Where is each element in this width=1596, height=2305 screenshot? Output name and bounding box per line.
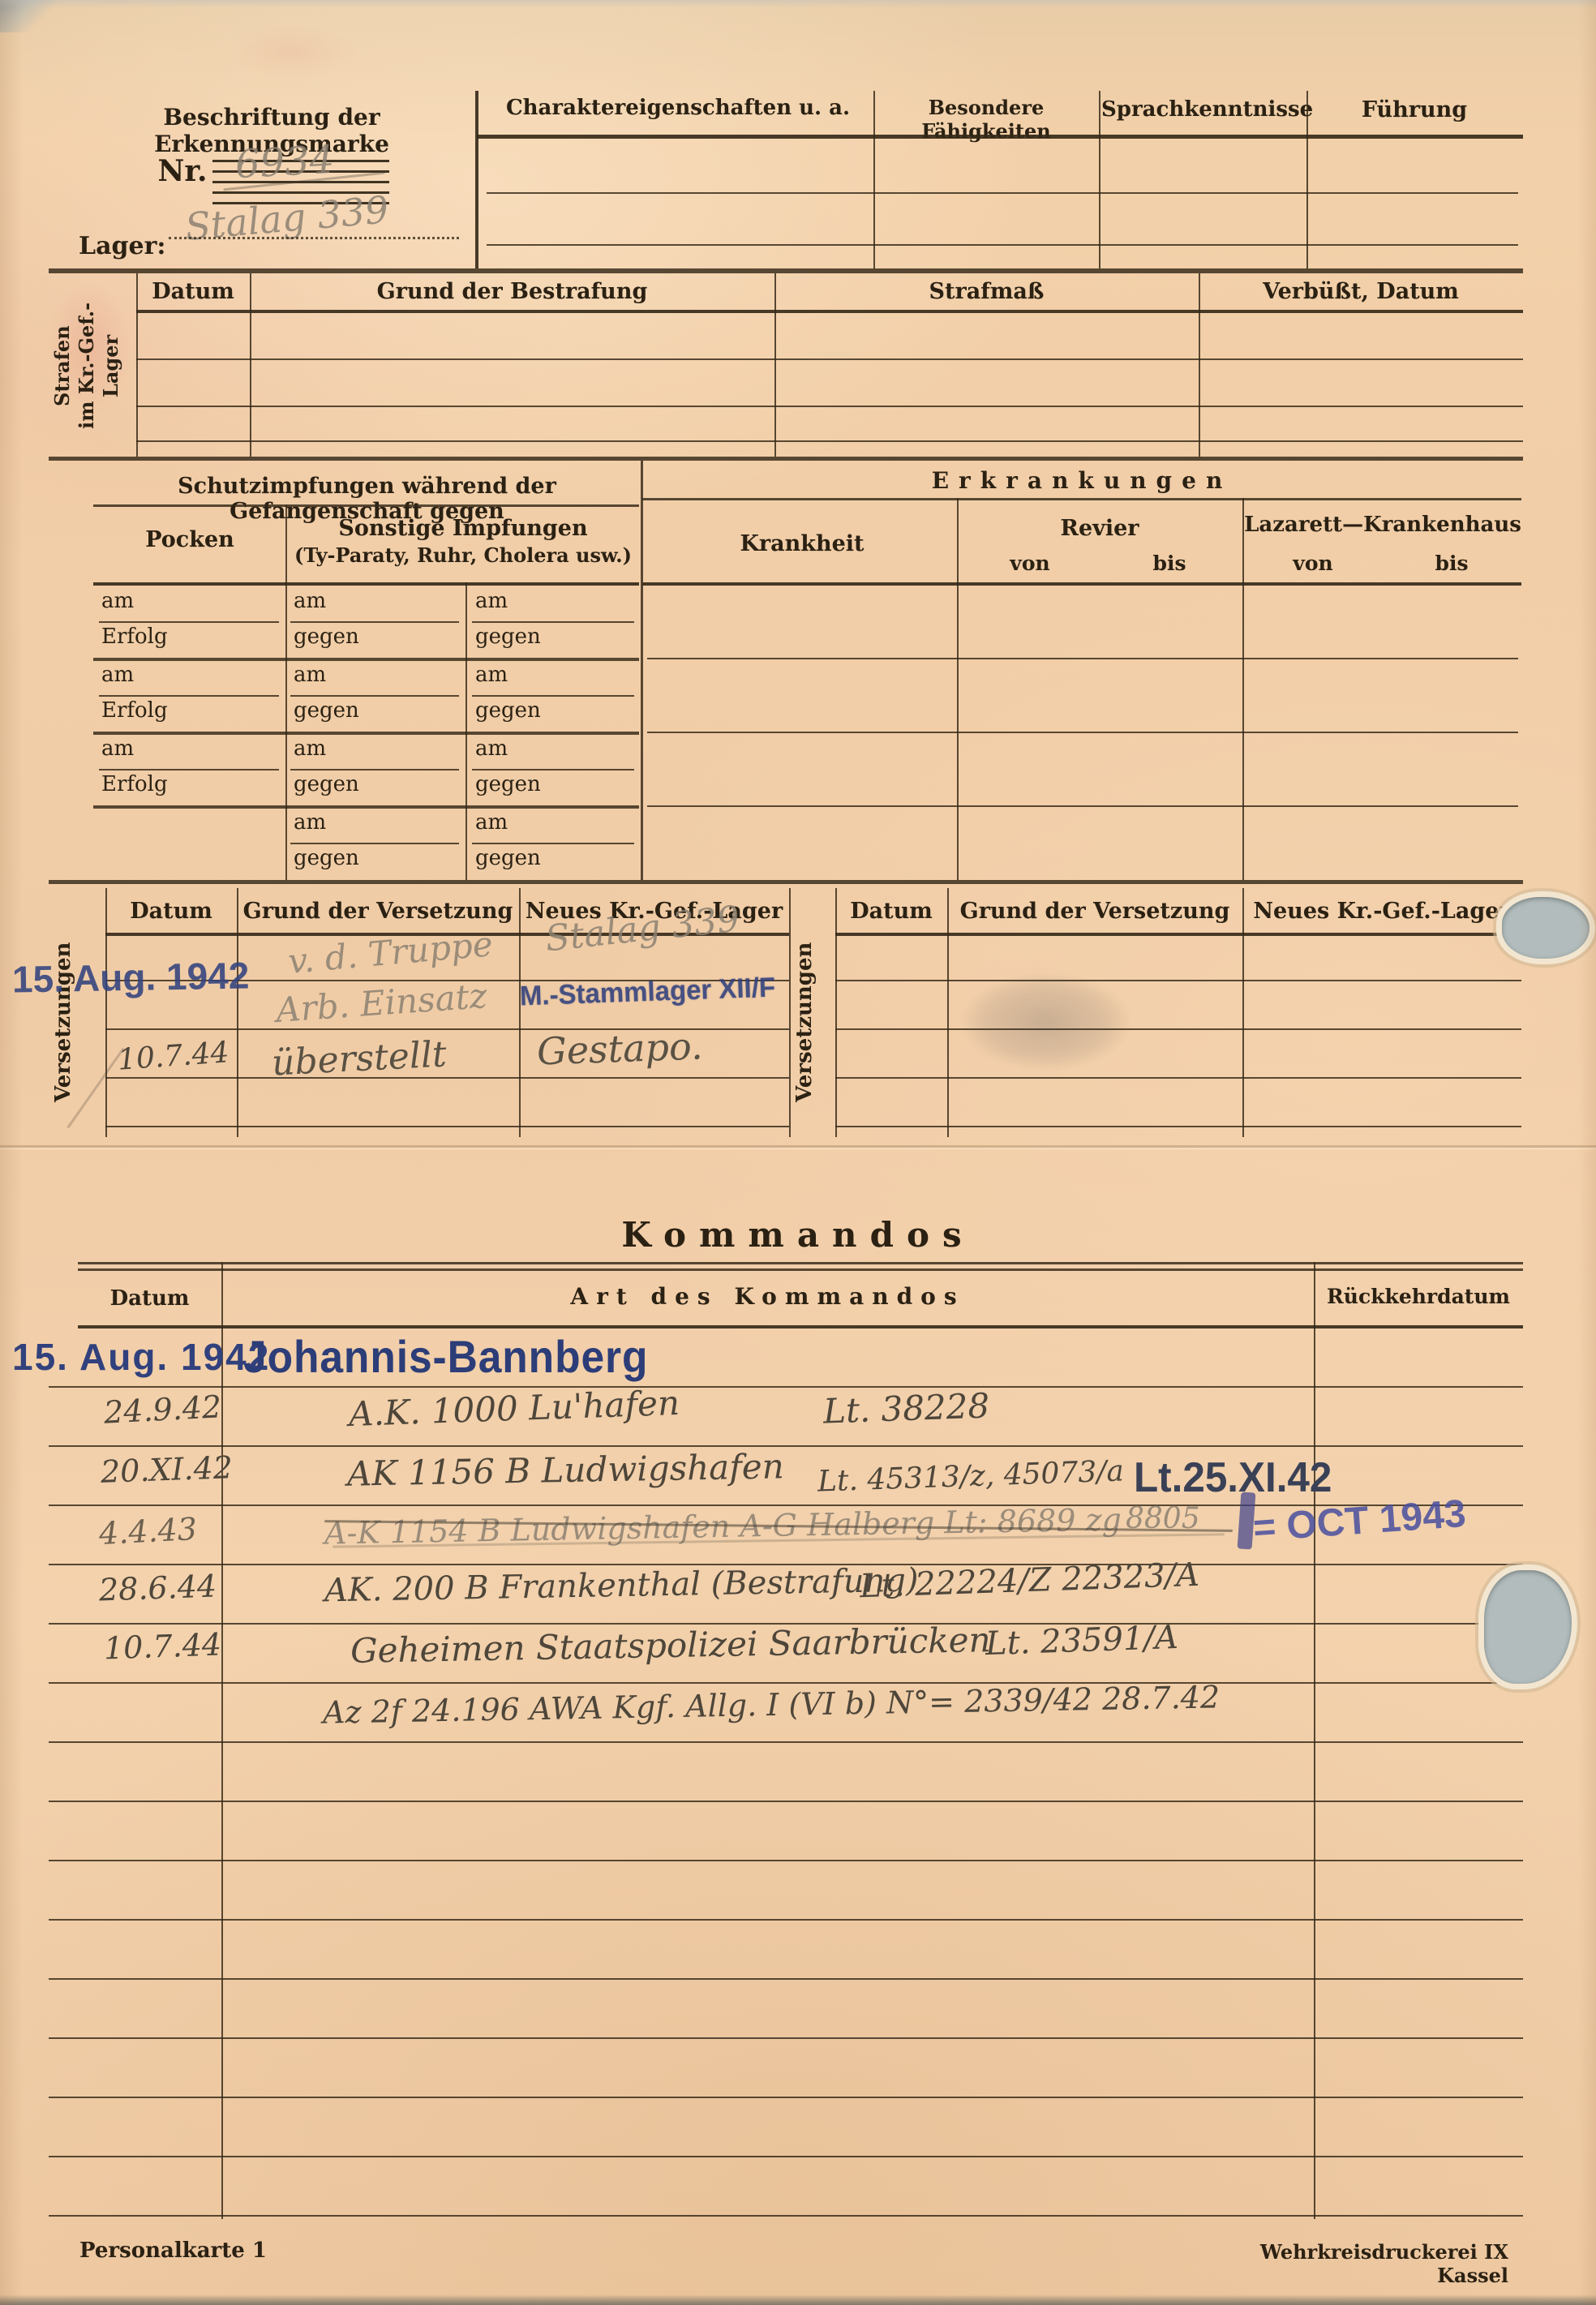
handwritten-date: 10.7.44 (103, 1626, 221, 1666)
impf-label: am (101, 663, 182, 687)
handwritten-date: 10.7.44 (117, 1036, 230, 1076)
column-header: Verbüßt, Datum (1199, 279, 1523, 304)
handwritten-date: 24.9.42 (103, 1389, 222, 1431)
versetzungen-side-label-left: Versetzungen (50, 925, 96, 1119)
lazarett-header: Lazarett—Krankenhaus (1244, 513, 1521, 537)
impf-label: gegen (475, 846, 573, 870)
impf-label: gegen (294, 772, 391, 796)
pocken-header: Pocken (96, 527, 284, 552)
kommando-stamp: Johannis-Bannberg (243, 1330, 648, 1383)
impf-label: am (475, 810, 556, 835)
personalkarte-document: Beschriftung der Erkennungsmarke Nr. 693… (0, 0, 1596, 2305)
column-header: Grund der Versetzung (947, 899, 1242, 924)
torn-corner (0, 0, 57, 32)
lazarett-von: von (1244, 552, 1382, 575)
impf-label: am (475, 736, 556, 761)
impf-label: gegen (294, 625, 391, 649)
column-header: Strafmaß (774, 279, 1199, 304)
handwriting: A.K. 1000 Lu'hafen (348, 1383, 680, 1434)
handwriting: Lt. 45313/z, 45073/a (817, 1454, 1124, 1498)
column-header: Charaktereigenschaften u. a. (485, 96, 871, 120)
column-header: Datum (835, 899, 947, 924)
column-header: Datum (105, 899, 237, 924)
revier-von: von (960, 552, 1100, 575)
handwriting: Az 2f 24.196 AWA Kgf. Allg. I (VI b) N°=… (323, 1679, 1221, 1730)
punch-hole (1484, 1570, 1572, 1684)
column-header: Grund der Bestrafung (250, 279, 774, 304)
sonstige-subheader: (Ty-Paraty, Ruhr, Cholera usw.) (289, 543, 637, 567)
handwritten-date: 4.4.43 (98, 1511, 198, 1552)
impf-label: am (294, 810, 375, 835)
handwriting: Lt. 23591/A (985, 1619, 1178, 1663)
strafen-side-label: Strafenim Kr.-Gef.-Lager (50, 277, 135, 454)
versetzungen-side-label-middle: Versetzungen (792, 925, 834, 1119)
scan-bottom-edge (0, 2295, 1596, 2305)
impf-label: gegen (475, 625, 573, 649)
impf-label: gegen (294, 698, 391, 723)
lazarett-bis: bis (1382, 552, 1521, 575)
krankheit-header: Krankheit (649, 531, 955, 556)
fold-crease (0, 1145, 1596, 1148)
impf-label: gegen (294, 846, 391, 870)
nr-label: Nr. (154, 154, 211, 188)
column-header: Datum (136, 279, 250, 304)
handwriting: Gestapo. (536, 1024, 703, 1073)
handwriting: AK 1156 B Ludwigshafen (347, 1446, 784, 1493)
date-stamp: 15. Aug. 1942 (12, 953, 250, 1001)
revier-header: Revier (960, 516, 1239, 541)
impf-label: Erfolg (101, 625, 199, 649)
date-stamp: 15. Aug. 1942 (12, 1335, 270, 1379)
handwritten-date: 28.6.44 (98, 1568, 217, 1607)
impf-label: am (475, 589, 556, 613)
impf-label: am (294, 736, 375, 761)
handwriting: Arb. Einsatz (275, 976, 489, 1030)
pink-stain (203, 16, 381, 89)
impf-label: Erfolg (101, 698, 199, 723)
stammlager-stamp: M.-Stammlager XII/F (519, 972, 775, 1013)
column-header: Grund der Versetzung (237, 899, 519, 924)
punch-hole (1502, 897, 1590, 959)
column-header: Datum (78, 1286, 221, 1311)
handwritten-date: 20.XI.42 (100, 1449, 233, 1490)
column-header: Sprachkenntnisse (1101, 97, 1304, 122)
column-header: Art des Kommandos (221, 1283, 1314, 1310)
lager-label: Lager: (79, 232, 168, 260)
impf-label: gegen (475, 698, 573, 723)
impf-label: am (475, 663, 556, 687)
impf-label: Erfolg (101, 772, 199, 796)
faded-stamp-smudge (933, 957, 1160, 1087)
column-header: Neues Kr.-Gef.-Lager (1242, 899, 1521, 924)
lt-date-stamp: Lt.25.XI.42 (1134, 1453, 1332, 1502)
erkrankungen-title: Erkrankungen (642, 467, 1521, 494)
impf-label: am (294, 663, 375, 687)
footer-printer: Wehrkreisdruckerei IX Kassel (1200, 2240, 1508, 2287)
impf-label: am (294, 589, 375, 613)
impf-label: am (101, 589, 182, 613)
impf-label: am (101, 736, 182, 761)
footer-card-type: Personalkarte 1 (79, 2238, 323, 2263)
column-header: Führung (1309, 97, 1520, 122)
lager-dotted-line (169, 237, 459, 239)
handwriting: Geheimen Staatspolizei Saarbrücken (350, 1620, 991, 1671)
handwriting: AK. 200 B Frankenthal (Bestrafung) (324, 1562, 919, 1610)
stamp-smear (1238, 1492, 1256, 1549)
sonstige-header: Sonstige Impfungen (289, 516, 637, 541)
revier-bis: bis (1100, 552, 1239, 575)
kommandos-title: Kommandos (474, 1215, 1122, 1255)
impf-label: gegen (475, 772, 573, 796)
handwriting: Lt. 38228 (822, 1385, 990, 1431)
column-header: Rückkehrdatum (1314, 1285, 1523, 1308)
